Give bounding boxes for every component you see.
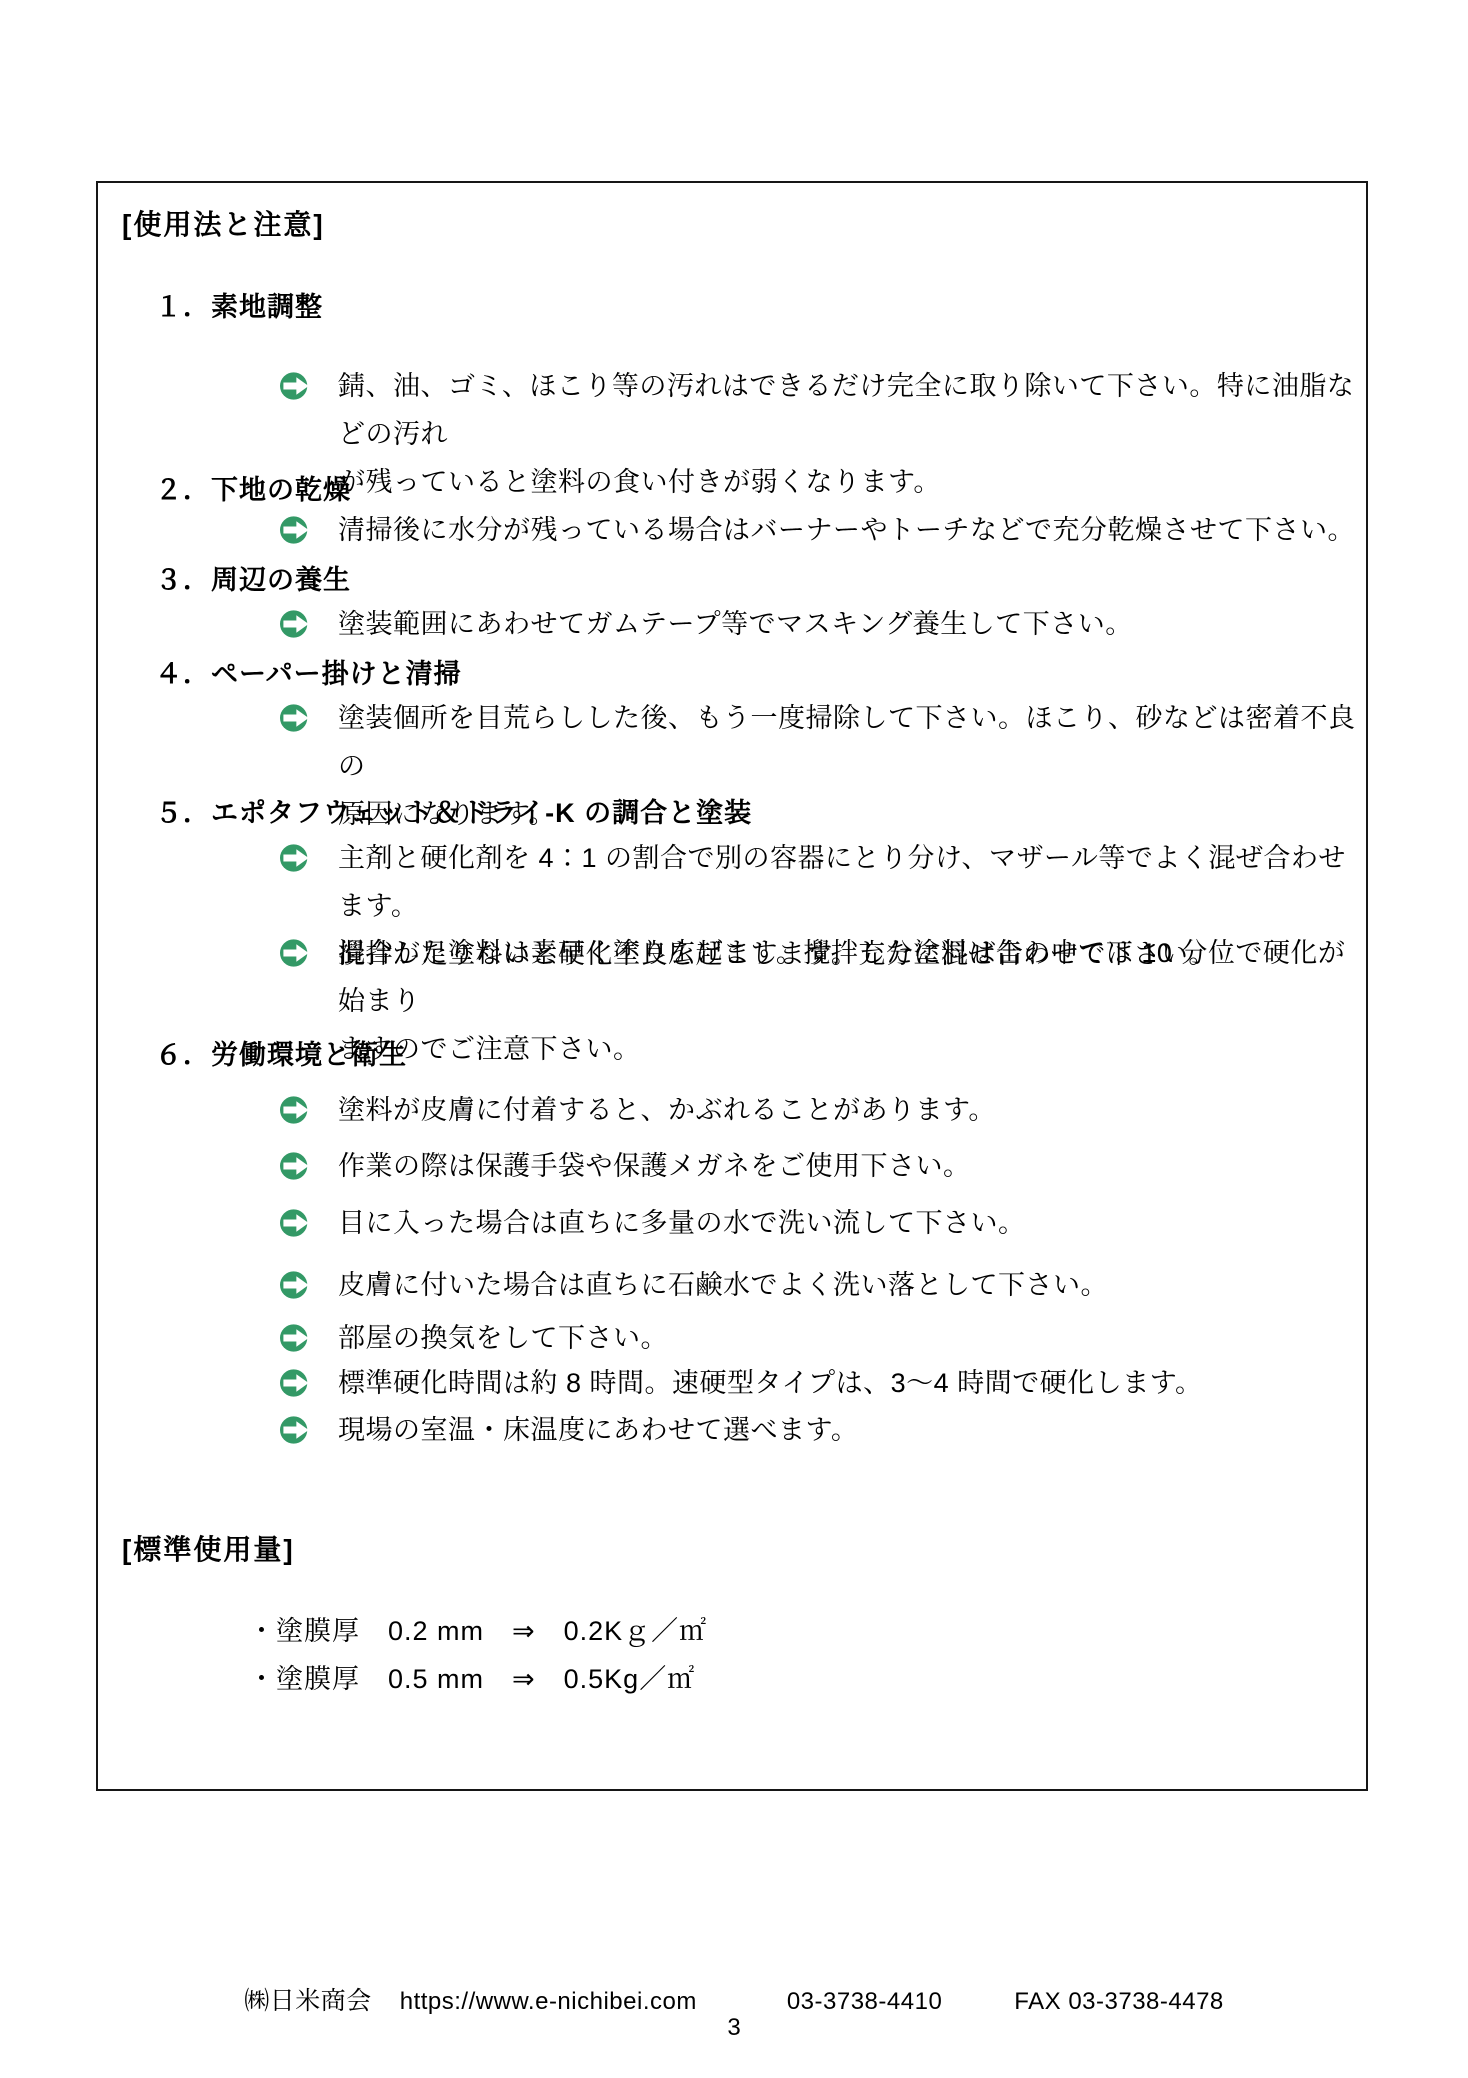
list-item: 目に入った場合は直ちに多量の水で洗い流して下さい。 bbox=[280, 1199, 1026, 1247]
bullet-text: 皮膚に付いた場合は直ちに石鹸水でよく洗い落として下さい。 bbox=[338, 1261, 1108, 1309]
list-item: 標準硬化時間は約 8 時間。速硬型タイプは、3～4 時間で硬化します。 bbox=[280, 1359, 1203, 1407]
arrow-right-circle-icon bbox=[280, 844, 310, 872]
fax-number: FAX 03-3738-4478 bbox=[1014, 1988, 1223, 2016]
section-heading-1: １．素地調整 bbox=[155, 283, 323, 331]
bullet-text: 現場の室温・床温度にあわせて選べます。 bbox=[338, 1406, 858, 1454]
arrow-right-circle-icon bbox=[280, 1209, 310, 1237]
arrow-right-circle-icon bbox=[280, 1369, 310, 1397]
usage-notes-title: [使用法と注意] bbox=[122, 201, 325, 249]
bullet-text: 混合した塗料は素早く塗り広げます。攪拌した塗料は缶の中では 10 分位で硬化が始… bbox=[338, 929, 1358, 1073]
page-footer: ㈱日米商会 https://www.e-nichibei.com 03-3738… bbox=[0, 1981, 1468, 2017]
arrow-right-circle-icon bbox=[280, 610, 310, 638]
arrow-right-circle-icon bbox=[280, 1152, 310, 1180]
list-item: 清掃後に水分が残っている場合はバーナーやトーチなどで充分乾燥させて下さい。 bbox=[280, 506, 1355, 554]
arrow-right-circle-icon bbox=[280, 1324, 310, 1352]
bullet-text: 塗料が皮膚に付着すると、かぶれることがあります。 bbox=[338, 1086, 996, 1134]
bullet-text: 清掃後に水分が残っている場合はバーナーやトーチなどで充分乾燥させて下さい。 bbox=[338, 506, 1355, 554]
phone-number: 03-3738-4410 bbox=[787, 1988, 942, 2016]
usage-line-0.5mm: ・塗膜厚 0.5 mm ⇒ 0.5Kg／㎡ bbox=[248, 1655, 695, 1703]
list-item: 塗料が皮膚に付着すると、かぶれることがあります。 bbox=[280, 1086, 996, 1134]
page-number: 3 bbox=[0, 2014, 1468, 2042]
arrow-right-circle-icon bbox=[280, 1271, 310, 1299]
arrow-right-circle-icon bbox=[280, 516, 310, 544]
bullet-text: 錆、油、ゴミ、ほこり等の汚れはできるだけ完全に取り除いて下さい。特に油脂などの汚… bbox=[338, 362, 1358, 506]
usage-line-0.2mm: ・塗膜厚 0.2 mm ⇒ 0.2Kｇ／㎡ bbox=[248, 1607, 707, 1655]
bullet-text: 塗装範囲にあわせてガムテープ等でマスキング養生して下さい。 bbox=[338, 600, 1133, 648]
arrow-right-circle-icon bbox=[280, 372, 310, 400]
list-item: 作業の際は保護手袋や保護メガネをご使用下さい。 bbox=[280, 1142, 971, 1190]
bullet-text: 目に入った場合は直ちに多量の水で洗い流して下さい。 bbox=[338, 1199, 1026, 1247]
section-heading-6: ６．労働環境と衛生 bbox=[155, 1031, 407, 1079]
arrow-right-circle-icon bbox=[280, 939, 310, 967]
section-heading-4: ４．ペーパー掛けと清掃 bbox=[155, 650, 462, 698]
section-heading-3: ３．周辺の養生 bbox=[155, 556, 351, 604]
bullet-text: 作業の際は保護手袋や保護メガネをご使用下さい。 bbox=[338, 1142, 971, 1190]
arrow-right-circle-icon bbox=[280, 1096, 310, 1124]
list-item: 混合した塗料は素早く塗り広げます。攪拌した塗料は缶の中では 10 分位で硬化が始… bbox=[280, 929, 1358, 1073]
company-url[interactable]: https://www.e-nichibei.com bbox=[400, 1988, 697, 2016]
list-item: 皮膚に付いた場合は直ちに石鹸水でよく洗い落として下さい。 bbox=[280, 1261, 1108, 1309]
document-page: [使用法と注意] １．素地調整 錆、油、ゴミ、ほこり等の汚れはできるだけ完全に取… bbox=[0, 0, 1468, 2078]
list-item: 部屋の換気をして下さい。 bbox=[280, 1314, 668, 1362]
arrow-right-circle-icon bbox=[280, 704, 310, 732]
list-item: 錆、油、ゴミ、ほこり等の汚れはできるだけ完全に取り除いて下さい。特に油脂などの汚… bbox=[280, 362, 1358, 506]
arrow-right-circle-icon bbox=[280, 1416, 310, 1444]
list-item: 塗装範囲にあわせてガムテープ等でマスキング養生して下さい。 bbox=[280, 600, 1133, 648]
standard-usage-title: [標準使用量] bbox=[122, 1526, 295, 1574]
list-item: 現場の室温・床温度にあわせて選べます。 bbox=[280, 1406, 858, 1454]
bullet-text: 部屋の換気をして下さい。 bbox=[338, 1314, 668, 1362]
bullet-text: 標準硬化時間は約 8 時間。速硬型タイプは、3～4 時間で硬化します。 bbox=[338, 1359, 1203, 1407]
section-heading-5: ５．エポタフウェット＆ドライ-K の調合と塗装 bbox=[155, 789, 752, 837]
company-name: ㈱日米商会 bbox=[244, 1981, 372, 2017]
